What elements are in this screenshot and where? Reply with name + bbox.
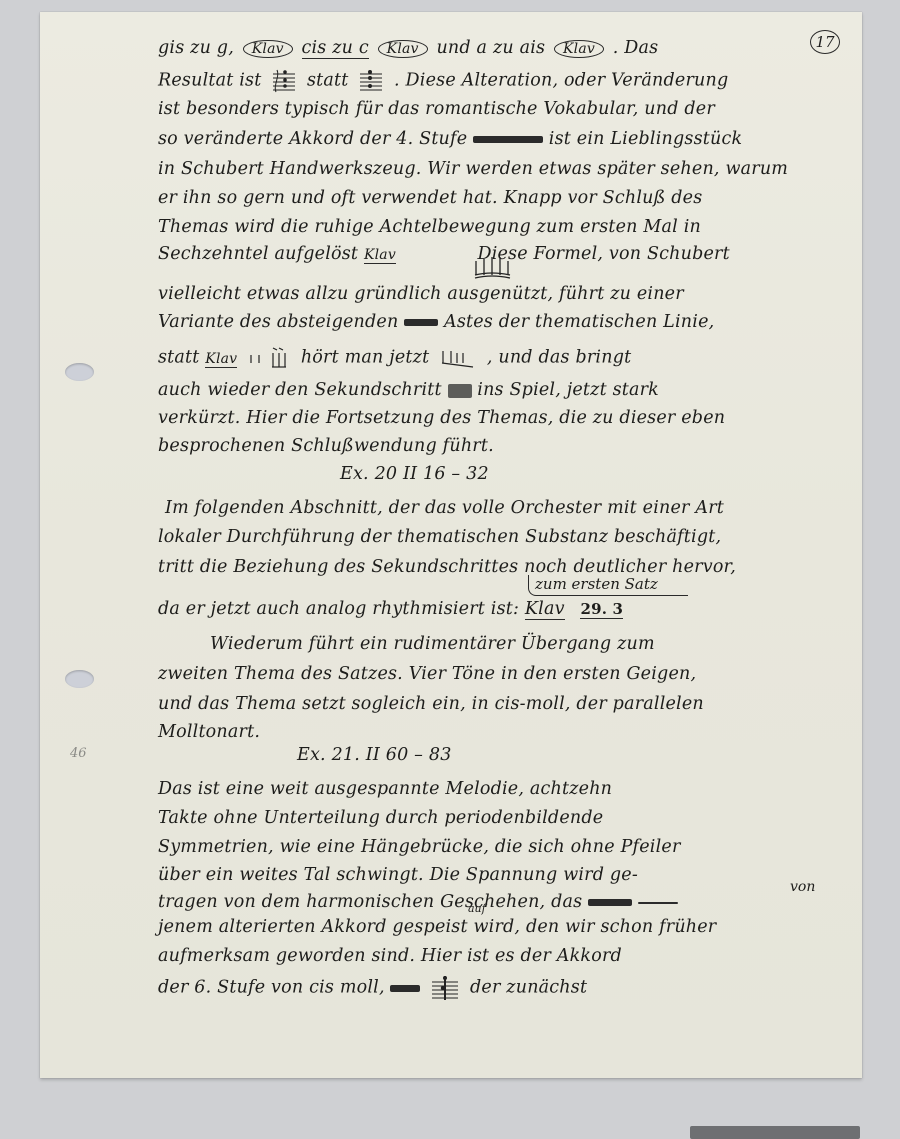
text-fragment: . Diese Alteration, oder Veränderung <box>394 71 728 91</box>
text-line: Molltonart. <box>158 722 858 742</box>
measure-reference: 29. 3 <box>580 600 623 619</box>
text-fragment: Astes der thematischen Linie, <box>444 312 714 332</box>
music-notes-icon <box>247 345 291 371</box>
text-line: über ein weites Tal schwingt. Die Spannu… <box>158 865 858 885</box>
punch-hole-bottom <box>65 670 94 688</box>
music-chord-icon <box>271 68 297 94</box>
text-line: der 6. Stufe von cis moll, der zunächst <box>158 974 858 1002</box>
klav-note: Klav <box>525 599 565 620</box>
klav-note: Klav <box>205 351 237 368</box>
struck-out-word <box>390 985 420 992</box>
text-fragment: tragen von dem harmonischen Geschehen, d… <box>158 892 582 912</box>
text-line: tritt die Beziehung des Sekundschrittes … <box>158 557 858 577</box>
text-fragment: statt <box>307 71 349 91</box>
example-reference: Ex. 21. II 60 – 83 <box>297 745 900 765</box>
text-line: er ihn so gern und oft verwendet hat. Kn… <box>158 188 858 208</box>
text-line: zweiten Thema des Satzes. Vier Töne in d… <box>158 664 858 684</box>
text-fragment: der zunächst <box>470 978 587 998</box>
text-line: Wiederum führt ein rudimentärer Übergang… <box>210 634 900 654</box>
text-fragment: gis zu g, <box>158 38 234 58</box>
text-fragment: der 6. Stufe von cis moll, <box>158 978 385 998</box>
text-line: so veränderte Akkord der 4. Stufe ist ei… <box>158 129 858 149</box>
text-line: ist besonders typisch für das romantisch… <box>158 99 858 119</box>
text-fragment: den wir schon früher <box>526 917 716 937</box>
text-fragment: so veränderte Akkord der 4. Stufe <box>158 129 467 149</box>
text-line: da er jetzt auch analog rhythmisiert ist… <box>158 599 858 619</box>
text-line: Resultat ist statt . Diese Alteration, o… <box>158 68 858 94</box>
text-fragment: ins Spiel, jetzt stark <box>477 380 659 400</box>
text-fragment: jenem alterierten Akkord gespeist wird, <box>158 917 520 937</box>
text-line: jenem alterierten Akkord gespeist wird, … <box>158 917 858 937</box>
text-fragment: , und das bringt <box>487 348 631 368</box>
text-fragment: da er jetzt auch analog rhythmisiert ist… <box>158 599 519 619</box>
struck-out-word <box>638 902 678 904</box>
insertion-note: zum ersten Satz <box>528 575 688 596</box>
text-fragment: Variante des absteigenden <box>158 312 398 332</box>
text-fragment: . Das <box>613 38 659 58</box>
text-fragment: und a zu ais <box>436 38 545 58</box>
text-line: verkürzt. Hier die Fortsetzung des Thema… <box>158 408 858 428</box>
backdrop-strip <box>690 1126 860 1139</box>
text-fragment: tritt die Beziehung des Sekundschrittes <box>158 557 518 577</box>
sixteenth-notes-icon <box>439 345 477 371</box>
example-reference: Ex. 20 II 16 – 32 <box>340 464 900 484</box>
text-line: tragen von dem harmonischen Geschehen, d… <box>158 892 858 912</box>
manuscript-page: 46 17 gis zu g, Klav cis zu c Klav und a… <box>40 12 862 1078</box>
text-line: vielleicht etwas allzu gründlich ausgenü… <box>158 284 858 304</box>
circled-klav-note: Klav <box>378 40 428 58</box>
text-line: Themas wird die ruhige Achtelbewegung zu… <box>158 217 858 237</box>
circled-klav-note: Klav <box>243 40 293 58</box>
text-fragment: statt <box>158 348 200 368</box>
text-fragment: ist ein Lieblingsstück <box>549 129 742 149</box>
struck-out-word <box>473 136 543 143</box>
music-chord-icon <box>430 974 460 1002</box>
text-line: und das Thema setzt sogleich ein, in cis… <box>158 694 858 714</box>
text-line: aufmerksam geworden sind. Hier ist es de… <box>158 946 858 966</box>
inserted-phrase: zum ersten Satz <box>528 575 688 596</box>
text-line: Variante des absteigenden Astes der them… <box>158 312 858 332</box>
text-line: gis zu g, Klav cis zu c Klav und a zu ai… <box>158 38 858 58</box>
text-fragment: noch deutlicher hervor, <box>524 557 736 577</box>
text-line: Das ist eine weit ausgespannte Melodie, … <box>158 779 858 799</box>
struck-out-word <box>588 899 632 906</box>
text-fragment: auch wieder den Sekundschritt <box>158 380 442 400</box>
text-fragment: Resultat ist <box>158 71 261 91</box>
punch-hole-top <box>65 363 94 381</box>
insertion-note: auf <box>468 902 486 915</box>
klav-note: Klav <box>364 247 396 264</box>
text-line: Takte ohne Unterteilung durch periodenbi… <box>158 808 858 828</box>
text-fragment: cis zu c <box>302 38 369 59</box>
struck-out-word <box>448 384 472 398</box>
insertion-note: von <box>790 879 815 895</box>
sixteenth-notes-icon <box>472 255 514 279</box>
struck-out-word <box>404 319 438 326</box>
margin-note: 46 <box>70 746 87 761</box>
text-line: lokaler Durchführung der thematischen Su… <box>158 527 858 547</box>
text-fragment: Sechzehntel aufgelöst <box>158 244 358 264</box>
text-line: Symmetrien, wie eine Hängebrücke, die si… <box>158 837 858 857</box>
text-line: in Schubert Handwerkszeug. Wir werden et… <box>158 159 858 179</box>
text-line: statt Klav hört man jetzt , und das brin… <box>158 345 858 371</box>
text-fragment: Diese Formel, von Schubert <box>477 244 729 264</box>
text-line: besprochenen Schlußwendung führt. <box>158 436 858 456</box>
text-line: Im folgenden Abschnitt, der das volle Or… <box>165 498 865 518</box>
text-fragment: hört man jetzt <box>301 348 430 368</box>
text-line: auch wieder den Sekundschritt ins Spiel,… <box>158 380 858 400</box>
music-chord-icon <box>358 68 384 94</box>
circled-klav-note: Klav <box>554 40 604 58</box>
